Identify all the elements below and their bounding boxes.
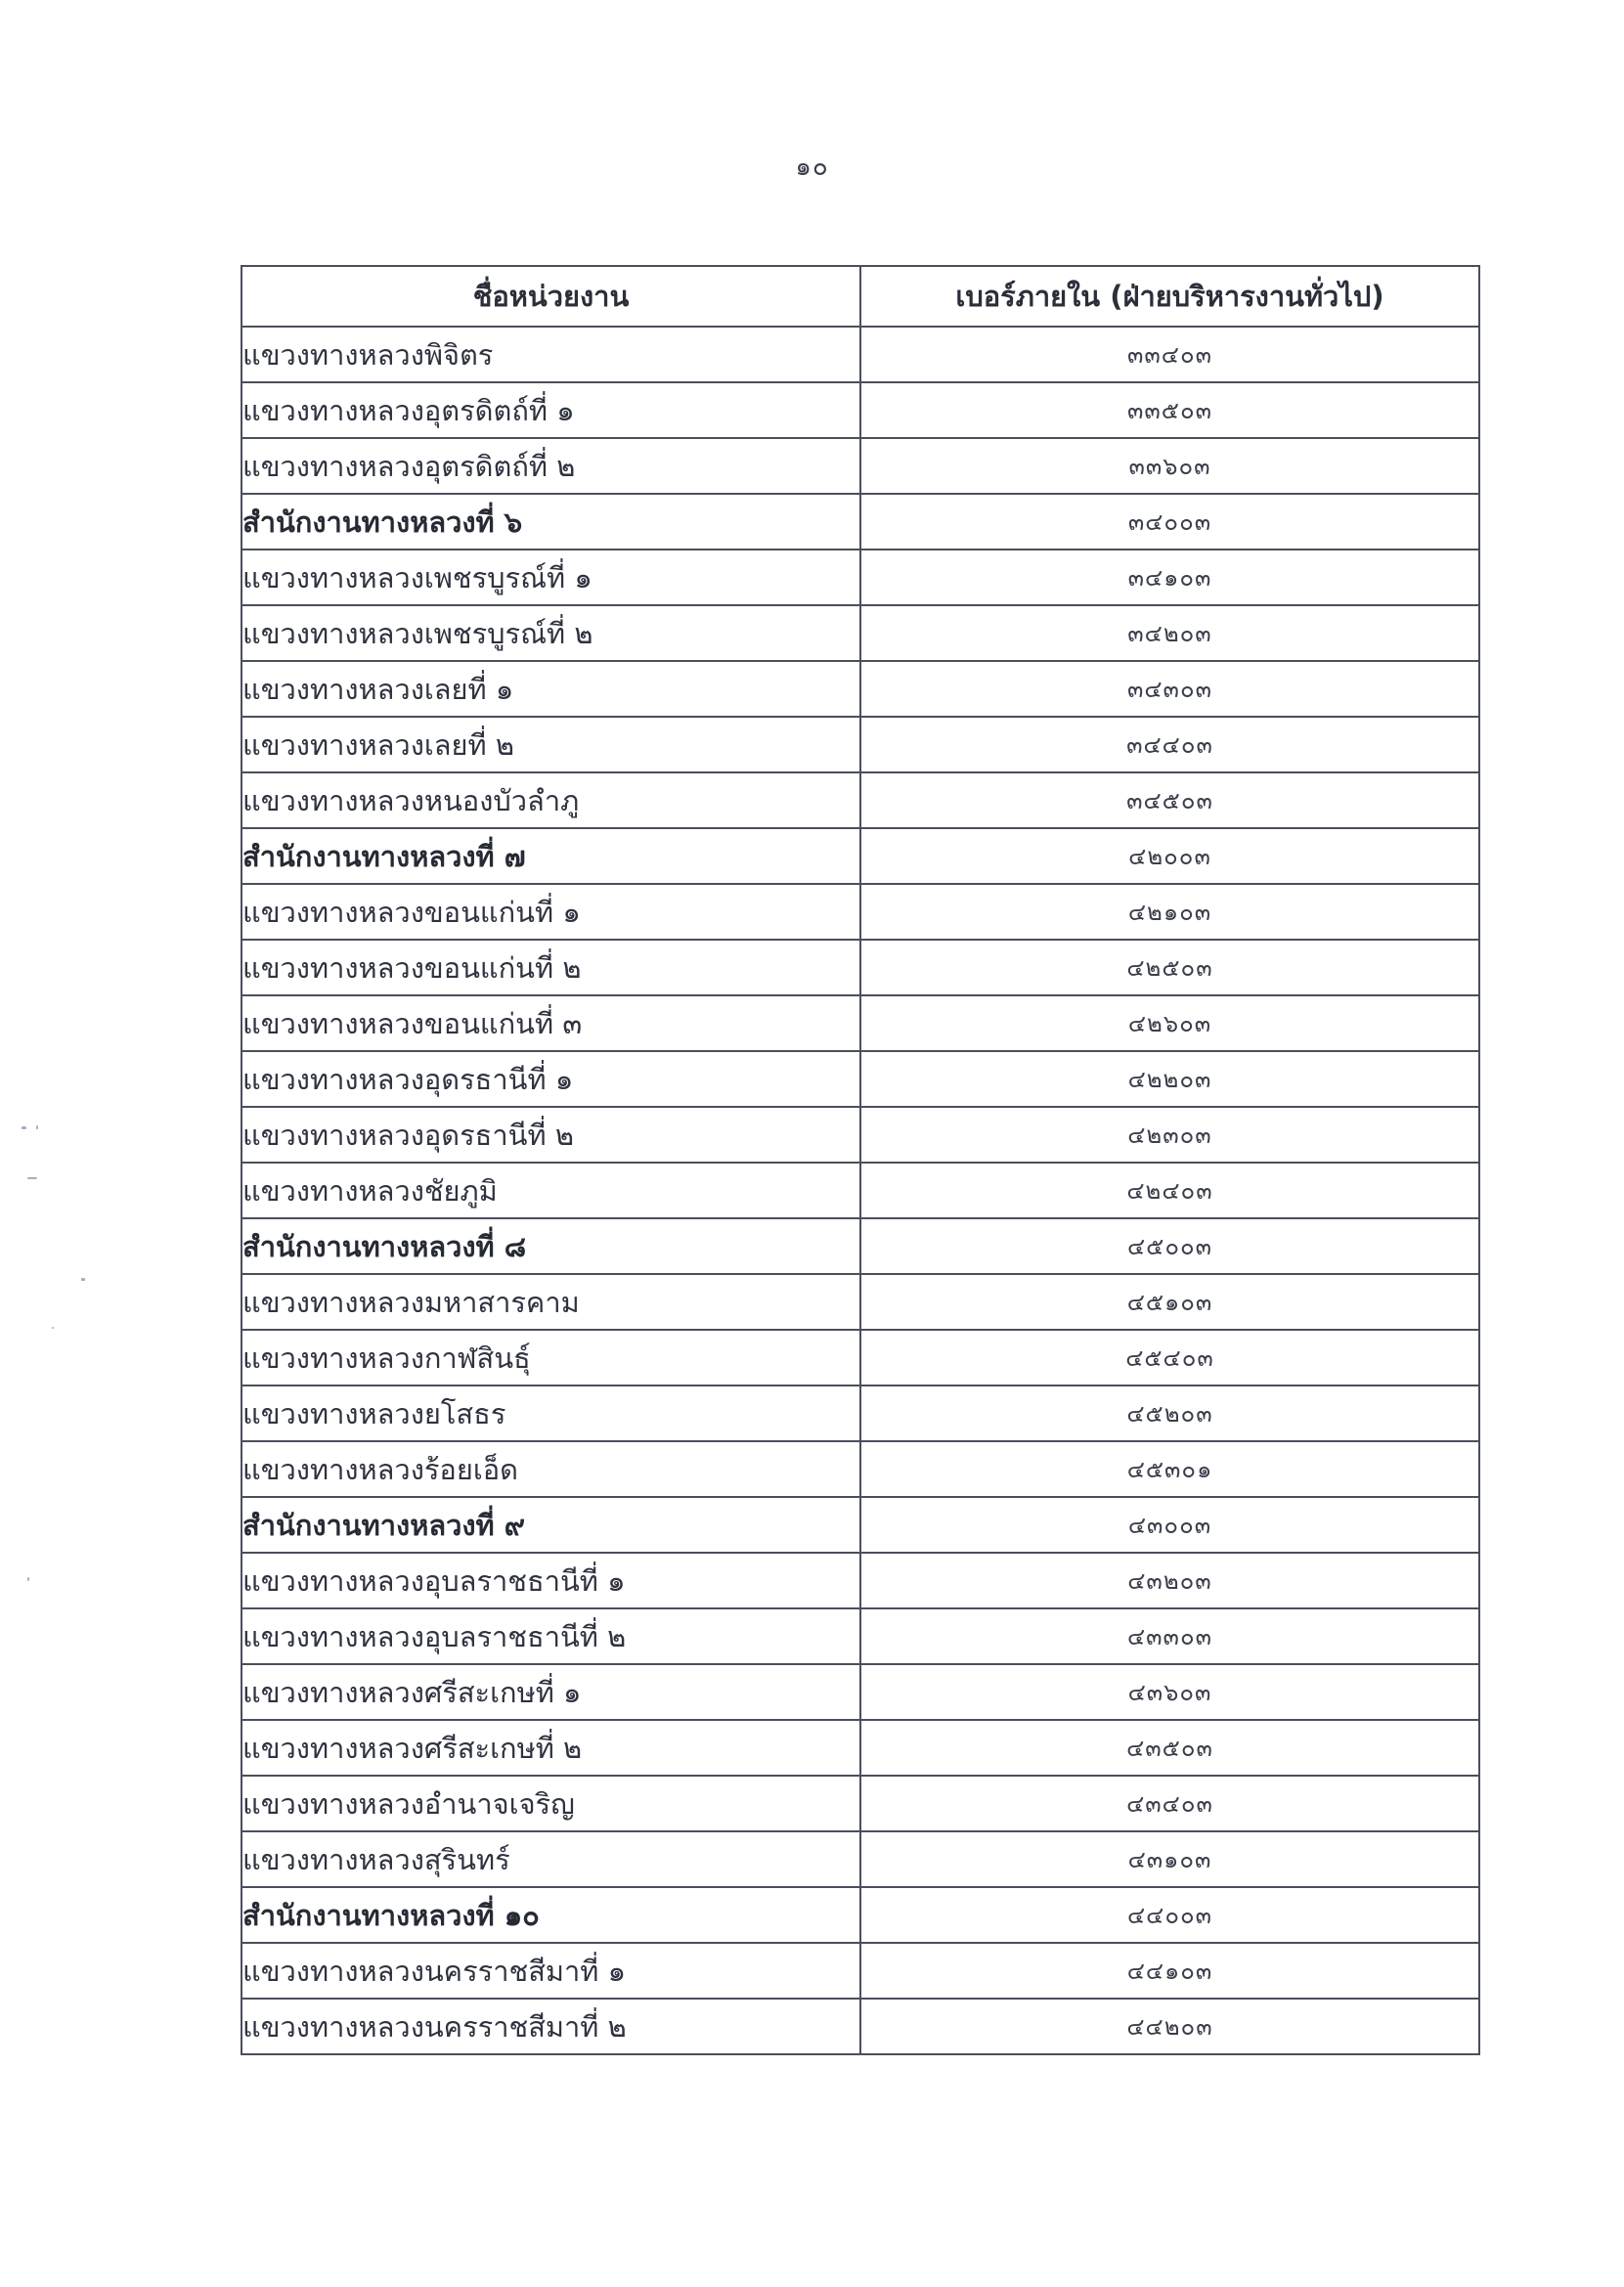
unit-name-cell: สำนักงานทางหลวงที่ ๘ [241, 1218, 860, 1274]
table-row: แขวงทางหลวงศรีสะเกษที่ ๑๔๓๖๐๓ [241, 1664, 1479, 1720]
extension-cell: ๔๒๑๐๓ [860, 884, 1479, 940]
extension-cell: ๔๕๐๐๓ [860, 1218, 1479, 1274]
unit-name-cell: แขวงทางหลวงอำนาจเจริญ [241, 1776, 860, 1831]
extension-cell: ๔๓๖๐๓ [860, 1664, 1479, 1720]
table-row: แขวงทางหลวงอุตรดิตถ์ที่ ๑๓๓๕๐๓ [241, 382, 1479, 438]
table-row: แขวงทางหลวงชัยภูมิ๔๒๔๐๓ [241, 1163, 1479, 1218]
unit-name-cell: แขวงทางหลวงเลยที่ ๑ [241, 661, 860, 717]
table-row: แขวงทางหลวงเพชรบูรณ์ที่ ๒๓๔๒๐๓ [241, 605, 1479, 661]
table-row: แขวงทางหลวงยโสธร๔๕๒๐๓ [241, 1385, 1479, 1441]
table-row: แขวงทางหลวงเพชรบูรณ์ที่ ๑๓๔๑๐๓ [241, 550, 1479, 605]
table-row: แขวงทางหลวงเลยที่ ๑๓๔๓๐๓ [241, 661, 1479, 717]
extension-cell: ๔๕๔๐๓ [860, 1330, 1479, 1385]
unit-name-cell: แขวงทางหลวงอุตรดิตถ์ที่ ๒ [241, 438, 860, 494]
extension-cell: ๔๔๒๐๓ [860, 1999, 1479, 2054]
table-header-row: ชื่อหน่วยงาน เบอร์ภายใน (ฝ่ายบริหารงานทั… [241, 266, 1479, 327]
unit-name-cell: แขวงทางหลวงชัยภูมิ [241, 1163, 860, 1218]
scan-speck [52, 1327, 54, 1329]
unit-name-cell: แขวงทางหลวงนครราชสีมาที่ ๒ [241, 1999, 860, 2054]
extension-cell: ๔๒๔๐๓ [860, 1163, 1479, 1218]
extension-cell: ๓๓๔๐๓ [860, 327, 1479, 382]
table-row: แขวงทางหลวงขอนแก่นที่ ๓๔๒๖๐๓ [241, 995, 1479, 1051]
extension-table: ชื่อหน่วยงาน เบอร์ภายใน (ฝ่ายบริหารงานทั… [241, 265, 1480, 2055]
table-row: แขวงทางหลวงอุบลราชธานีที่ ๒๔๓๓๐๓ [241, 1608, 1479, 1664]
unit-name-cell: แขวงทางหลวงอุดรธานีที่ ๑ [241, 1051, 860, 1107]
table-row: แขวงทางหลวงหนองบัวลำภู๓๔๕๐๓ [241, 772, 1479, 828]
unit-name-cell: แขวงทางหลวงพิจิตร [241, 327, 860, 382]
unit-name-cell: สำนักงานทางหลวงที่ ๑๐ [241, 1887, 860, 1943]
unit-name-cell: สำนักงานทางหลวงที่ ๙ [241, 1497, 860, 1553]
extension-cell: ๓๓๕๐๓ [860, 382, 1479, 438]
header-unit-name: ชื่อหน่วยงาน [241, 266, 860, 327]
table-row: แขวงทางหลวงขอนแก่นที่ ๒๔๒๕๐๓ [241, 940, 1479, 995]
extension-cell: ๔๒๐๐๓ [860, 828, 1479, 884]
extension-cell: ๓๔๒๐๓ [860, 605, 1479, 661]
unit-name-cell: แขวงทางหลวงนครราชสีมาที่ ๑ [241, 1943, 860, 1999]
extension-cell: ๔๕๒๐๓ [860, 1385, 1479, 1441]
table-row-section-header: สำนักงานทางหลวงที่ ๖๓๔๐๐๓ [241, 494, 1479, 550]
unit-name-cell: แขวงทางหลวงขอนแก่นที่ ๒ [241, 940, 860, 995]
unit-name-cell: แขวงทางหลวงศรีสะเกษที่ ๒ [241, 1720, 860, 1776]
table-row-section-header: สำนักงานทางหลวงที่ ๗๔๒๐๐๓ [241, 828, 1479, 884]
unit-name-cell: แขวงทางหลวงหนองบัวลำภู [241, 772, 860, 828]
table-row: แขวงทางหลวงเลยที่ ๒๓๔๔๐๓ [241, 717, 1479, 772]
extension-cell: ๔๒๕๐๓ [860, 940, 1479, 995]
extension-cell: ๓๔๕๐๓ [860, 772, 1479, 828]
table-row-section-header: สำนักงานทางหลวงที่ ๑๐๔๔๐๐๓ [241, 1887, 1479, 1943]
unit-name-cell: แขวงทางหลวงสุรินทร์ [241, 1831, 860, 1887]
unit-name-cell: แขวงทางหลวงอุบลราชธานีที่ ๑ [241, 1553, 860, 1608]
extension-cell: ๓๔๔๐๓ [860, 717, 1479, 772]
extension-cell: ๔๒๒๐๓ [860, 1051, 1479, 1107]
extension-cell: ๔๒๓๐๓ [860, 1107, 1479, 1163]
extension-cell: ๔๓๓๐๓ [860, 1608, 1479, 1664]
extension-cell: ๓๔๑๐๓ [860, 550, 1479, 605]
table-row: แขวงทางหลวงพิจิตร๓๓๔๐๓ [241, 327, 1479, 382]
unit-name-cell: แขวงทางหลวงอุดรธานีที่ ๒ [241, 1107, 860, 1163]
unit-name-cell: แขวงทางหลวงเพชรบูรณ์ที่ ๑ [241, 550, 860, 605]
extension-cell: ๓๔๐๐๓ [860, 494, 1479, 550]
unit-name-cell: แขวงทางหลวงร้อยเอ็ด [241, 1441, 860, 1497]
table-body: แขวงทางหลวงพิจิตร๓๓๔๐๓แขวงทางหลวงอุตรดิต… [241, 327, 1479, 2054]
extension-cell: ๓๔๓๐๓ [860, 661, 1479, 717]
extension-cell: ๓๓๖๐๓ [860, 438, 1479, 494]
table-row: แขวงทางหลวงอำนาจเจริญ๔๓๔๐๓ [241, 1776, 1479, 1831]
table-row: แขวงทางหลวงศรีสะเกษที่ ๒๔๓๕๐๓ [241, 1720, 1479, 1776]
table-row: แขวงทางหลวงอุดรธานีที่ ๑๔๒๒๐๓ [241, 1051, 1479, 1107]
page-number: ๑๐ [0, 147, 1624, 187]
unit-name-cell: แขวงทางหลวงเลยที่ ๒ [241, 717, 860, 772]
table-row: แขวงทางหลวงมหาสารคาม๔๕๑๐๓ [241, 1274, 1479, 1330]
table-row: แขวงทางหลวงขอนแก่นที่ ๑๔๒๑๐๓ [241, 884, 1479, 940]
table-row: แขวงทางหลวงนครราชสีมาที่ ๑๔๔๑๐๓ [241, 1943, 1479, 1999]
scan-speck [27, 1177, 37, 1179]
table-row-section-header: สำนักงานทางหลวงที่ ๙๔๓๐๐๓ [241, 1497, 1479, 1553]
table-row: แขวงทางหลวงสุรินทร์๔๓๑๐๓ [241, 1831, 1479, 1887]
table-row: แขวงทางหลวงอุตรดิตถ์ที่ ๒๓๓๖๐๓ [241, 438, 1479, 494]
scan-speck [36, 1125, 38, 1129]
extension-cell: ๔๔๑๐๓ [860, 1943, 1479, 1999]
unit-name-cell: แขวงทางหลวงขอนแก่นที่ ๓ [241, 995, 860, 1051]
unit-name-cell: แขวงทางหลวงขอนแก่นที่ ๑ [241, 884, 860, 940]
unit-name-cell: สำนักงานทางหลวงที่ ๖ [241, 494, 860, 550]
extension-cell: ๔๓๔๐๓ [860, 1776, 1479, 1831]
unit-name-cell: แขวงทางหลวงอุบลราชธานีที่ ๒ [241, 1608, 860, 1664]
unit-name-cell: สำนักงานทางหลวงที่ ๗ [241, 828, 860, 884]
unit-name-cell: แขวงทางหลวงยโสธร [241, 1385, 860, 1441]
unit-name-cell: แขวงทางหลวงศรีสะเกษที่ ๑ [241, 1664, 860, 1720]
table-row: แขวงทางหลวงอุบลราชธานีที่ ๑๔๓๒๐๓ [241, 1553, 1479, 1608]
unit-name-cell: แขวงทางหลวงมหาสารคาม [241, 1274, 860, 1330]
header-extension: เบอร์ภายใน (ฝ่ายบริหารงานทั่วไป) [860, 266, 1479, 327]
extension-cell: ๔๓๑๐๓ [860, 1831, 1479, 1887]
extension-cell: ๔๓๐๐๓ [860, 1497, 1479, 1553]
table-row-section-header: สำนักงานทางหลวงที่ ๘๔๕๐๐๓ [241, 1218, 1479, 1274]
extension-cell: ๔๔๐๐๓ [860, 1887, 1479, 1943]
unit-name-cell: แขวงทางหลวงกาฬสินธุ์ [241, 1330, 860, 1385]
extension-cell: ๔๒๖๐๓ [860, 995, 1479, 1051]
unit-name-cell: แขวงทางหลวงอุตรดิตถ์ที่ ๑ [241, 382, 860, 438]
extension-cell: ๔๕๓๐๑ [860, 1441, 1479, 1497]
scan-speck [81, 1278, 85, 1281]
table-row: แขวงทางหลวงนครราชสีมาที่ ๒๔๔๒๐๓ [241, 1999, 1479, 2054]
table-row: แขวงทางหลวงอุดรธานีที่ ๒๔๒๓๐๓ [241, 1107, 1479, 1163]
table-row: แขวงทางหลวงร้อยเอ็ด๔๕๓๐๑ [241, 1441, 1479, 1497]
scan-speck [22, 1126, 26, 1129]
table-row: แขวงทางหลวงกาฬสินธุ์๔๕๔๐๓ [241, 1330, 1479, 1385]
extension-cell: ๔๕๑๐๓ [860, 1274, 1479, 1330]
scan-speck [27, 1577, 29, 1581]
unit-name-cell: แขวงทางหลวงเพชรบูรณ์ที่ ๒ [241, 605, 860, 661]
extension-cell: ๔๓๒๐๓ [860, 1553, 1479, 1608]
extension-cell: ๔๓๕๐๓ [860, 1720, 1479, 1776]
